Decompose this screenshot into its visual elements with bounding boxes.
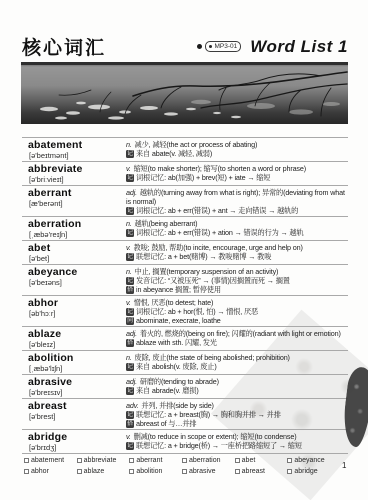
entry-line: 同abominate, execrate, loathe: [126, 316, 346, 325]
entry-line: v. 教唆; 鼓励, 帮助(to incite, encourage, urge…: [126, 243, 346, 252]
checkbox-item[interactable]: abreast: [235, 468, 288, 475]
word-column: abbreviate [ə'briːvieɪt]: [22, 164, 126, 184]
phonetic: [ə'briːvieɪt]: [28, 175, 126, 184]
checkbox-label: abolition: [136, 468, 162, 475]
word-column: abolition [ˌæbə'lɪʃn]: [22, 353, 126, 373]
checkbox-item[interactable]: aberrant: [129, 457, 182, 464]
headword: abatement: [28, 140, 126, 151]
definition-text: 教唆; 鼓励, 帮助(to incite, encourage, urge an…: [134, 243, 303, 252]
definition-column: v. 教唆; 鼓励, 帮助(to incite, encourage, urge…: [126, 243, 348, 263]
phonetic: [ə'beɪtmənt]: [28, 151, 126, 160]
note-type-badge: 记: [126, 387, 134, 395]
definition-text: 减少, 减轻(the act or process of abating): [135, 140, 258, 149]
entry-line: 记来自 abolish(v. 废除, 废止): [126, 362, 346, 371]
entry-line: adj. 研磨的(tending to abrade): [126, 377, 346, 386]
checkbox-item[interactable]: ablaze: [77, 468, 130, 475]
checkbox[interactable]: [235, 469, 240, 474]
word-column: abreast [ə'brest]: [22, 401, 126, 428]
definition-text: 联想记忆: a + bet(赌博) → 教唆赌博 → 教唆: [136, 252, 271, 261]
entry-line: 记来自 abrade(v. 磨损): [126, 386, 346, 395]
table-row: aberrant [æ'berənt] adj. 越轨的(turning awa…: [22, 186, 348, 217]
definition-column: v. 憎恨, 厌恶(to detest; hate)记词根记忆: ab + ho…: [126, 298, 348, 325]
entry-line: 记发音记忆: “又被压死” → (事情)因搁置而死 → 搁置: [126, 276, 346, 285]
note-type-badge: 记: [126, 411, 134, 419]
part-of-speech: adj.: [126, 188, 139, 197]
checkbox-item[interactable]: abridge: [287, 468, 340, 475]
entry-line: v. 憎恨, 厌恶(to detest; hate): [126, 298, 346, 307]
entry-line: adj. 着火的, 燃烧的(being on fire); 闪耀的(radian…: [126, 329, 346, 338]
checkbox-label: abatement: [31, 457, 64, 464]
table-row: abatement [ə'beɪtmənt] n. 减少, 减轻(the act…: [22, 138, 348, 162]
definition-text: 废除, 废止(the state of being abolished; pro…: [135, 353, 290, 362]
definition-text: 词根记忆: ab + hor(恨, 怕) → 憎恨, 厌恶: [136, 307, 258, 316]
definition-text: 缩短(to make shorter); 缩写(to shorten a wor…: [134, 164, 306, 173]
definition-text: 词根记忆: ab + err(错误) + ation → 错误的行为 → 越轨: [136, 228, 303, 237]
word-column: abeyance [ə'beɪəns]: [22, 267, 126, 294]
headword: abhor: [28, 298, 126, 309]
definition-column: adv. 并列, 并排(side by side)记联想记忆: a + brea…: [126, 401, 348, 428]
checkbox[interactable]: [77, 469, 82, 474]
note-type-badge: 搭: [126, 286, 134, 294]
table-row: abbreviate [ə'briːvieɪt] v. 缩短(to make s…: [22, 162, 348, 186]
word-column: abatement [ə'beɪtmənt]: [22, 140, 126, 160]
headword: aberrant: [28, 188, 126, 199]
definition-column: adj. 着火的, 燃烧的(being on fire); 闪耀的(radian…: [126, 329, 348, 349]
note-type-badge: 记: [126, 277, 134, 285]
headword: abolition: [28, 353, 126, 364]
table-row: abridge [ə'brɪdʒ] v. 删减(to reduce in sco…: [22, 430, 348, 454]
checkbox-label: abrasive: [189, 468, 215, 475]
checkbox-item[interactable]: abatement: [24, 457, 77, 464]
headword: ablaze: [28, 329, 126, 340]
part-of-speech: n.: [126, 267, 134, 276]
definition-text: abominate, execrate, loathe: [136, 316, 221, 325]
entry-line: v. 删减(to reduce in scope or extent); 缩短(…: [126, 432, 346, 441]
note-type-badge: 记: [126, 229, 134, 237]
entry-line: v. 缩短(to make shorter); 缩写(to shorten a …: [126, 164, 346, 173]
definition-text: 着火的, 燃烧的(being on fire); 闪耀的(radiant wit…: [140, 329, 341, 338]
definition-text: 中止, 搁置(temporary suspension of an activi…: [135, 267, 279, 276]
part-of-speech: adj.: [126, 329, 139, 338]
headword: aberration: [28, 219, 126, 230]
photo-banner: [21, 62, 348, 124]
entry-line: n. 废除, 废止(the state of being abolished; …: [126, 353, 346, 362]
phonetic: [ˌæbə'reɪʃn]: [28, 230, 126, 239]
word-column: abridge [ə'brɪdʒ]: [22, 432, 126, 452]
part-of-speech: v.: [126, 243, 133, 252]
checkbox-label: abreast: [242, 468, 265, 475]
entry-line: 记联想记忆: a + breast(胸) → 胸和胸并排 → 并排: [126, 410, 346, 419]
note-type-badge: 搭: [126, 420, 134, 428]
checkbox-label: aberration: [189, 457, 221, 464]
entry-line: 记词根记忆: ab + err(错误) + ation → 错误的行为 → 越轨: [126, 228, 346, 237]
checkbox-item[interactable]: abeyance: [287, 457, 340, 464]
entry-line: 搭ablaze with sth. 闪耀, 发光: [126, 338, 346, 347]
checkbox-label: aberrant: [136, 457, 162, 464]
checkbox-label: abet: [242, 457, 256, 464]
phonetic: [ə'breɪsɪv]: [28, 388, 126, 397]
part-of-speech: adv.: [126, 401, 140, 410]
entry-line: 记词根记忆: ab(加强) + brev(短) + iate → 缩短: [126, 173, 346, 182]
phonetic: [əb'hɔːr]: [28, 309, 126, 318]
definition-text: 来自 abate(v. 减轻, 减弱): [136, 149, 212, 158]
note-type-badge: 记: [126, 363, 134, 371]
entry-line: n. 中止, 搁置(temporary suspension of an act…: [126, 267, 346, 276]
phonetic: [ə'bleɪz]: [28, 340, 126, 349]
entry-line: adv. 并列, 并排(side by side): [126, 401, 346, 410]
note-type-badge: 记: [126, 150, 134, 158]
table-row: aberration [ˌæbə'reɪʃn] n. 越轨(being aber…: [22, 217, 348, 241]
definition-text: ablaze with sth. 闪耀, 发光: [136, 338, 217, 347]
page-title: 核心词汇: [22, 33, 106, 60]
headword: abrasive: [28, 377, 126, 388]
note-type-badge: 搭: [126, 339, 134, 347]
part-of-speech: n.: [126, 219, 134, 228]
word-column: aberration [ˌæbə'reɪʃn]: [22, 219, 126, 239]
table-row: abet [ə'bet] v. 教唆; 鼓励, 帮助(to incite, en…: [22, 241, 348, 265]
checkbox-item[interactable]: aberration: [182, 457, 235, 464]
note-type-badge: 记: [126, 308, 134, 316]
checkbox-item[interactable]: abet: [235, 457, 288, 464]
entry-line: 记联想记忆: a + bridge(桥) → 一座桥把路缩短了 → 缩短: [126, 441, 346, 450]
headword: abet: [28, 243, 126, 254]
headword: abeyance: [28, 267, 126, 278]
note-type-badge: 记: [126, 174, 134, 182]
table-row: abeyance [ə'beɪəns] n. 中止, 搁置(temporary …: [22, 265, 348, 296]
checkbox[interactable]: [24, 469, 29, 474]
table-row: abreast [ə'brest] adv. 并列, 并排(side by si…: [22, 399, 348, 430]
entry-line: n. 越轨(being aberrant): [126, 219, 346, 228]
definition-text: 词根记忆: ab + err(错误) + ant → 走向错误 → 越轨的: [136, 206, 298, 215]
checkbox[interactable]: [129, 458, 134, 463]
word-column: abrasive [ə'breɪsɪv]: [22, 377, 126, 397]
part-of-speech: n.: [126, 140, 134, 149]
checkbox[interactable]: [182, 458, 187, 463]
word-column: abhor [əb'hɔːr]: [22, 298, 126, 325]
headword: abreast: [28, 401, 126, 412]
entry-line: 记词根记忆: ab + hor(恨, 怕) → 憎恨, 厌恶: [126, 307, 346, 316]
definition-column: n. 越轨(being aberrant)记词根记忆: ab + err(错误)…: [126, 219, 348, 239]
audio-dot-icon: [209, 45, 212, 48]
definition-column: adj. 越轨的(turning away from what is right…: [126, 188, 348, 215]
phonetic: [ə'brɪdʒ]: [28, 443, 126, 452]
checkbox[interactable]: [77, 458, 82, 463]
headword: abridge: [28, 432, 126, 443]
table-row: ablaze [ə'bleɪz] adj. 着火的, 燃烧的(being on …: [22, 327, 348, 351]
table-row: abhor [əb'hɔːr] v. 憎恨, 厌恶(to detest; hat…: [22, 296, 348, 327]
page-number: 1: [342, 461, 346, 470]
phonetic: [ə'brest]: [28, 412, 126, 421]
definition-text: 来自 abrade(v. 磨损): [136, 386, 199, 395]
entry-line: 记来自 abate(v. 减轻, 减弱): [126, 149, 346, 158]
entry-line: n. 减少, 减轻(the act or process of abating): [126, 140, 346, 149]
definition-column: n. 废除, 废止(the state of being abolished; …: [126, 353, 348, 373]
checkbox[interactable]: [182, 469, 187, 474]
part-of-speech: v.: [126, 164, 133, 173]
checkbox-label: abridge: [294, 468, 317, 475]
entry-line: 搭in abeyance 搁置; 暂停使用: [126, 285, 346, 294]
table-row: abolition [ˌæbə'lɪʃn] n. 废除, 废止(the stat…: [22, 351, 348, 375]
checkbox-label: abbreviate: [84, 457, 117, 464]
note-type-badge: 记: [126, 207, 134, 215]
table-row: abrasive [ə'breɪsɪv] adj. 研磨的(tending to…: [22, 375, 348, 399]
note-type-badge: 同: [126, 317, 134, 325]
headword: abbreviate: [28, 164, 126, 175]
review-checklist: abatement abbreviate aberrant aberration…: [24, 457, 340, 478]
mp3-badge: MP3-01: [205, 41, 241, 52]
definition-text: 越轨的(turning away from what is right); 异常…: [126, 188, 345, 206]
definition-text: 越轨(being aberrant): [135, 219, 198, 228]
definition-text: 来自 abolish(v. 废除, 废止): [136, 362, 217, 371]
checkbox-item[interactable]: abrasive: [182, 468, 235, 475]
definition-text: abreast of 与…并排: [136, 419, 196, 428]
word-column: abet [ə'bet]: [22, 243, 126, 263]
phonetic: [ə'bet]: [28, 254, 126, 263]
checklist-row-1: abatement abbreviate aberrant aberration…: [24, 457, 340, 464]
definition-text: 发音记忆: “又被压死” → (事情)因搁置而死 → 搁置: [136, 276, 290, 285]
part-of-speech: adj.: [126, 377, 139, 386]
audio-dot-icon: [197, 44, 202, 49]
definition-column: v. 删减(to reduce in scope or extent); 缩短(…: [126, 432, 348, 452]
word-column: aberrant [æ'berənt]: [22, 188, 126, 215]
mp3-label: MP3-01: [214, 42, 237, 51]
vocab-table: abatement [ə'beɪtmənt] n. 减少, 减轻(the act…: [22, 137, 348, 454]
checkbox-label: abeyance: [294, 457, 324, 464]
checkbox-label: ablaze: [84, 468, 105, 475]
entry-line: 搭abreast of 与…并排: [126, 419, 346, 428]
definition-text: 删减(to reduce in scope or extent); 缩短(to …: [134, 432, 297, 441]
checkbox-item[interactable]: abbreviate: [77, 457, 130, 464]
checklist-row-2: abhor ablaze abolition abrasive abreast …: [24, 468, 340, 475]
phonetic: [ə'beɪəns]: [28, 278, 126, 287]
definition-column: adj. 研磨的(tending to abrade)记来自 abrade(v.…: [126, 377, 348, 397]
entry-line: 记联想记忆: a + bet(赌博) → 教唆赌博 → 教唆: [126, 252, 346, 261]
checkbox[interactable]: [129, 469, 134, 474]
definition-text: 词根记忆: ab(加强) + brev(短) + iate → 缩短: [136, 173, 270, 182]
checkbox-item[interactable]: abhor: [24, 468, 77, 475]
definition-text: 并列, 并排(side by side): [141, 401, 214, 410]
book-page: { "header": { "title_cn": "核心词汇", "mp3_l…: [0, 0, 368, 500]
checkbox[interactable]: [235, 458, 240, 463]
note-type-badge: 记: [126, 253, 134, 261]
part-of-speech: n.: [126, 353, 134, 362]
mp3-indicator: MP3-01: [197, 41, 241, 52]
phonetic: [æ'berənt]: [28, 199, 126, 208]
phonetic: [ˌæbə'lɪʃn]: [28, 364, 126, 373]
word-column: ablaze [ə'bleɪz]: [22, 329, 126, 349]
checkbox-label: abhor: [31, 468, 49, 475]
definition-text: 研磨的(tending to abrade): [140, 377, 219, 386]
definition-column: n. 中止, 搁置(temporary suspension of an act…: [126, 267, 348, 294]
checkbox[interactable]: [24, 458, 29, 463]
checkbox[interactable]: [287, 458, 292, 463]
word-list-title: Word List 1: [250, 37, 348, 57]
checkbox[interactable]: [287, 469, 292, 474]
part-of-speech: v.: [126, 298, 133, 307]
definition-text: 联想记忆: a + breast(胸) → 胸和胸并排 → 并排: [136, 410, 281, 419]
entry-line: adj. 越轨的(turning away from what is right…: [126, 188, 346, 206]
entry-line: 记词根记忆: ab + err(错误) + ant → 走向错误 → 越轨的: [126, 206, 346, 215]
definition-text: in abeyance 搁置; 暂停使用: [136, 285, 221, 294]
checkbox-item[interactable]: abolition: [129, 468, 182, 475]
definition-column: n. 减少, 减轻(the act or process of abating)…: [126, 140, 348, 160]
definition-column: v. 缩短(to make shorter); 缩写(to shorten a …: [126, 164, 348, 184]
branches-photo: [21, 62, 348, 124]
part-of-speech: v.: [126, 432, 133, 441]
definition-text: 联想记忆: a + bridge(桥) → 一座桥把路缩短了 → 缩短: [136, 441, 302, 450]
note-type-badge: 记: [126, 442, 134, 450]
page-header: 核心词汇 MP3-01 Word List 1: [22, 33, 348, 60]
definition-text: 憎恨, 厌恶(to detest; hate): [134, 298, 214, 307]
